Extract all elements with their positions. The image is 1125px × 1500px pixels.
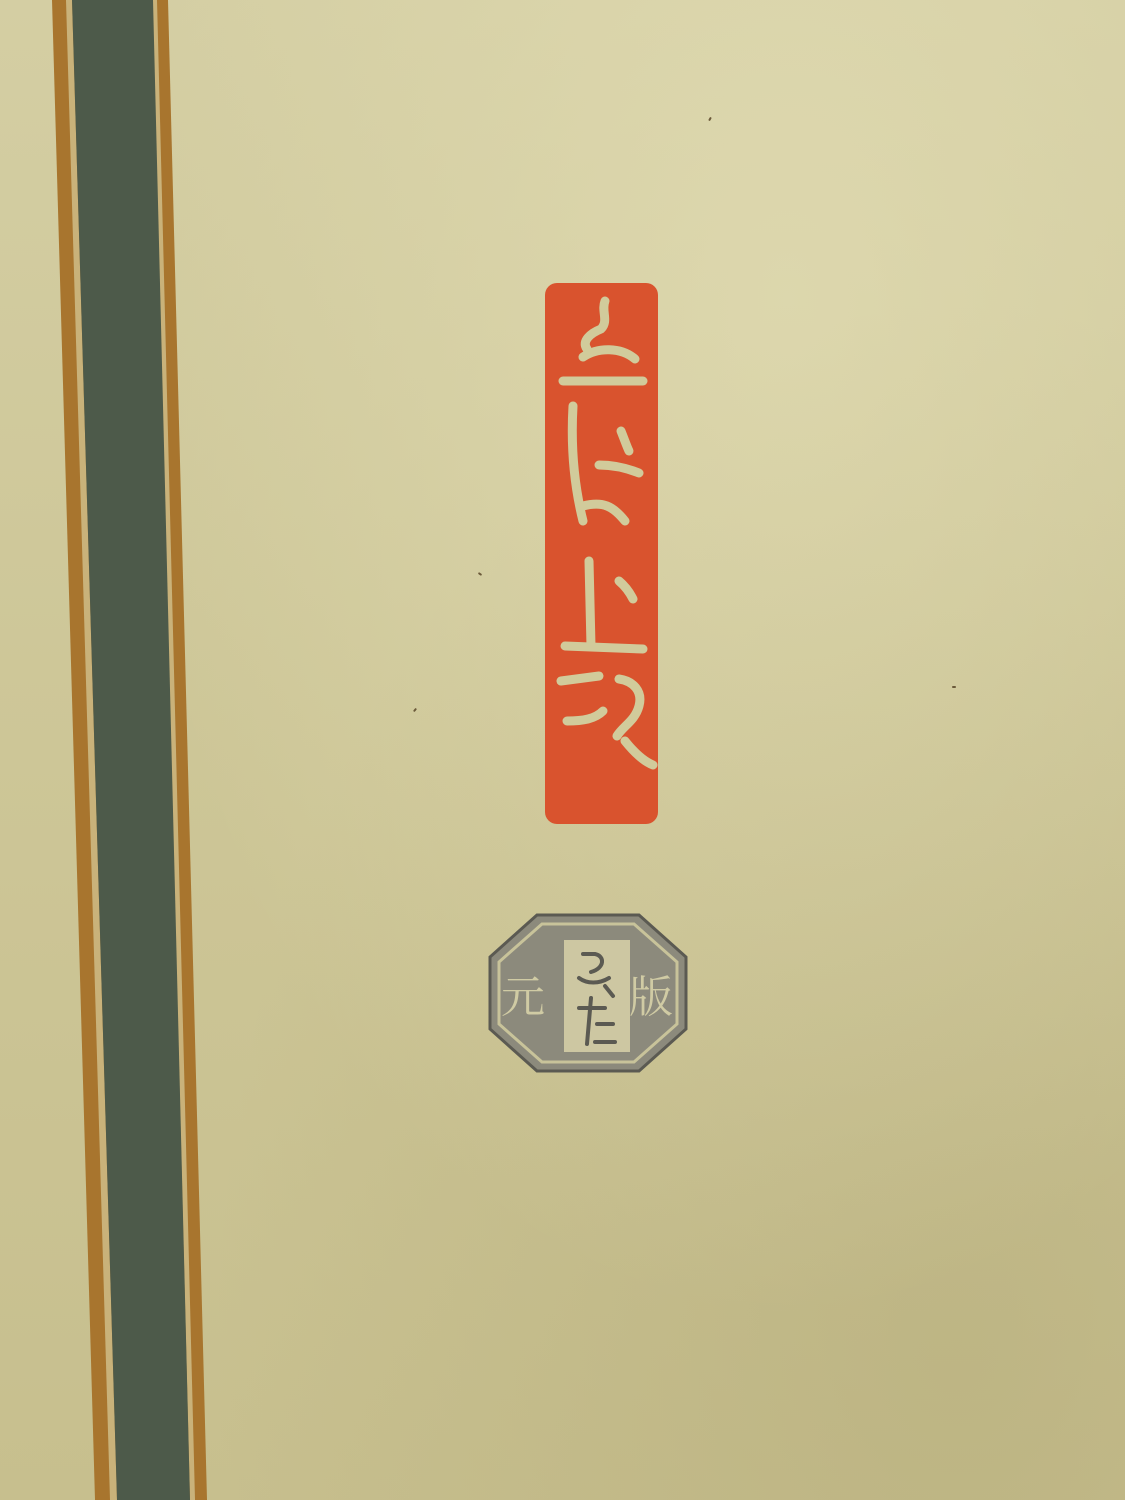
svg-text:版: 版 bbox=[629, 972, 673, 1023]
publisher-seal: 元 版 bbox=[487, 912, 689, 1074]
svg-text:元: 元 bbox=[501, 972, 545, 1023]
paper-speck bbox=[952, 686, 956, 688]
artist-seal bbox=[543, 281, 660, 826]
